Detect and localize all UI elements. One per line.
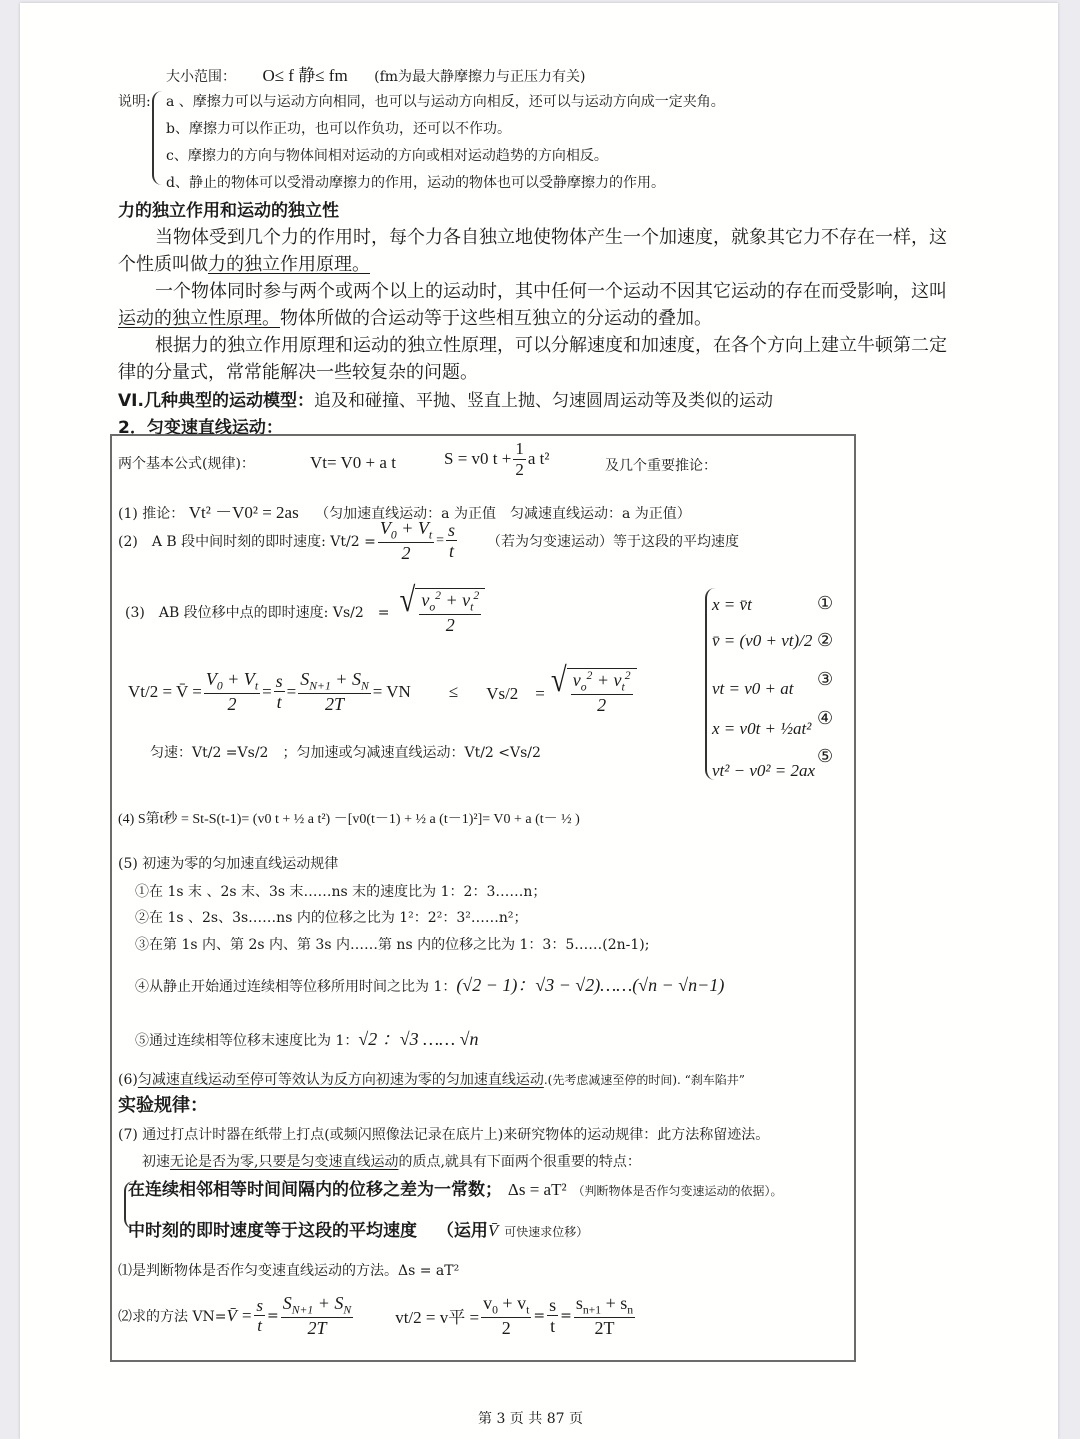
formula-part: a t² (528, 449, 550, 469)
item-5-rule-5: ⑤通过连续相等位移末速度比为 1：√2 ：√3 …… √n (135, 1025, 479, 1051)
paragraph-text: 个性质叫做 (118, 254, 208, 275)
comparison-lhs: Vt/2 = V̄ = (128, 682, 202, 702)
feature-2: 中时刻的即时速度等于这段的平均速度 （运用V̄ 可快速求位移） (128, 1216, 588, 1241)
item-5-rule-4: ④从静止开始通过连续相等位移所用时间之比为 1：(√2 − 1)：√3 − √2… (135, 971, 724, 997)
system-eq-4: x = v0t + ½at² (712, 719, 811, 739)
document-page: 大小范围： O≤ f 静≤ fm (fm为最大静摩擦力与正压力有关) 说明: a… (20, 3, 1058, 1439)
rule-text: ⑤通过连续相等位移末速度比为 1： (135, 1033, 358, 1049)
paragraph-text: 物体所做的合运动等于这些相互独立的分运动的叠加。 (280, 308, 712, 329)
feature-2-note: 可快速求位移） (504, 1225, 588, 1239)
models-heading: VI.几种典型的运动模型： (118, 391, 314, 411)
item-2-note: （若为匀变速运动）等于这段的平均速度 (487, 531, 739, 551)
basic-formulas-tail: 及几个重要推论： (605, 455, 717, 475)
fraction: SN+1 + SN2T (281, 1293, 353, 1339)
feature-1-note: （判断物体是否作匀变速运动的依据）。 (573, 1184, 783, 1198)
system-num-5: ⑤ (817, 746, 833, 767)
method-2: ⑵求的方法 VN= V̄ = st= SN+1 + SN2T vt/2 = v平… (118, 1293, 637, 1339)
term-force-independence: 力的独立作用原理。 (208, 254, 370, 275)
feature-1: 在连续相邻相等时间间隔内的位移之差为一常数； Δs = aT² （判断物体是否作… (128, 1175, 783, 1200)
item-7: (7) 通过打点计时器在纸带上打点(或频闪照像法记录在底片上)来研究物体的运动规… (118, 1124, 769, 1144)
models-text: 追及和碰撞、平抛、竖直上抛、匀速圆周运动等及类似的运动 (314, 391, 773, 411)
basic-formula-velocity: Vt= V0 + a t (310, 453, 396, 473)
friction-note-d: d、静止的物体可以受滑动摩擦力的作用，运动的物体也可以受静摩擦力的作用。 (166, 172, 665, 192)
fraction-half: 12 (513, 439, 526, 479)
paragraph-3-line-2: 律的分量式，常常能解决一些较复杂的问题。 (118, 358, 478, 384)
item-5-rule-1: ①在 1s 末 、2s 末、3s 末……ns 末的速度比为 1：2：3……n； (135, 881, 546, 901)
item-6-underlined: 匀减速直线运动至停可等效认为反方向初速为零的匀加速直线运动 (138, 1072, 544, 1088)
friction-note-a: a 、摩擦力可以与运动方向相同，也可以与运动方向相反，还可以与运动方向成一定夹角… (166, 91, 725, 111)
feature-1-formula: Δs = aT² (508, 1180, 567, 1199)
item-5-title: (5) 初速为零的匀加速直线运动规律 (118, 853, 338, 873)
fraction-s-over-t: st (446, 520, 457, 562)
rule-math: √2 ：√3 …… √n (358, 1029, 478, 1049)
system-eq-3: vt = v0 + at (712, 679, 793, 699)
fraction: st (547, 1295, 558, 1337)
item-6-note: .(先考虑减速至停的时间). “刹车陷井” (544, 1073, 745, 1087)
system-eq-1: x = v̄t (712, 595, 752, 615)
feature-2-tail: （运用 (437, 1221, 488, 1241)
uniform-note: 匀速：Vt/2 =Vs/2 ；匀加速或匀减速直线运动：Vt/2 <Vs/2 (150, 742, 541, 762)
system-num-2: ② (817, 630, 833, 651)
item-7-continued: 初速无论是否为零,只要是匀变速直线运动的质点,就具有下面两个很重要的特点： (142, 1151, 641, 1171)
friction-notes-label: 说明: (118, 91, 151, 111)
sqrt-mean-square-velocity: √vo2 + vt22 (551, 668, 637, 716)
rule-text: ④从静止开始通过连续相等位移所用时间之比为 1： (135, 979, 456, 995)
friction-note-c: c、摩擦力的方向与物体间相对运动的方向或相对运动趋势的方向相反。 (166, 145, 608, 165)
sqrt-mean-square-velocity: √vo2 + vt22 (400, 588, 486, 636)
item-6-label: (6) (118, 1072, 138, 1088)
feature-2-text: 中时刻的即时速度等于这段的平均速度 (128, 1221, 417, 1241)
paragraph-1-line-1: 当物体受到几个力的作用时，每个力各自独立地使物体产生一个加速度，就象其它力不存在… (155, 223, 947, 249)
term-motion-independence: 运动的独立性原理。 (118, 308, 280, 329)
paragraph-1-line-2: 个性质叫做力的独立作用原理。 (118, 250, 370, 276)
basic-formulas-label: 两个基本公式(规律)： (118, 453, 255, 473)
paragraph-2-line-1: 一个物体同时参与两个或两个以上的运动时，其中任何一个运动不因其它运动的存在而受影… (155, 277, 947, 303)
fraction: SN+1 + SN2T (298, 669, 370, 715)
models-line: VI.几种典型的运动模型：追及和碰撞、平抛、竖直上抛、匀速圆周运动等及类似的运动 (118, 386, 773, 411)
brace-icon (152, 91, 164, 185)
friction-note-b: b、摩擦力可以作正功，也可以作负功，还可以不作功。 (166, 118, 511, 138)
less-equal-sign: ≤ (449, 682, 458, 702)
friction-range-formula: O≤ f 静≤ fm (262, 66, 347, 85)
method-1: ⑴是判断物体是否作匀变速直线运动的方法。Δs = aT² (118, 1260, 459, 1280)
item-4: (4) S第t秒 = St-S(t-1)= (v0 t + ½ a t²) －[… (118, 808, 580, 828)
page-indicator: 第 3 页 共 87 页 (478, 1408, 583, 1428)
fraction: st (254, 1296, 265, 1336)
basic-formula-displacement: S = v0 t + 12 a t² (444, 439, 549, 479)
fraction: v0 + vt2 (481, 1293, 531, 1339)
underlined-text: 无论是否为零,只要是匀变速直线运动 (170, 1154, 398, 1170)
feature-1-text: 在连续相邻相等时间间隔内的位移之差为一常数； (128, 1180, 502, 1200)
system-eq-5: vt² − v0² = 2ax (712, 761, 815, 781)
item-2: (2) A B 段中间时刻的即时速度: Vt/2 = V0 + Vt2 = st… (118, 518, 739, 564)
comparison-vn: = VN (373, 682, 411, 702)
item-2-label: (2) A B 段中间时刻的即时速度: Vt/2 = (118, 531, 376, 551)
experiment-heading: 实验规律： (118, 1091, 208, 1117)
text: 的质点,就具有下面两个很重要的特点： (398, 1154, 640, 1170)
fraction: sn+1 + sn2T (574, 1293, 635, 1339)
paragraph-3-line-1: 根据力的独立作用原理和运动的独立性原理，可以分解速度和加速度，在各个方向上建立牛… (155, 331, 947, 357)
fraction: V0 + Vt2 (204, 669, 260, 715)
friction-range-note: (fm为最大静摩擦力与正压力有关) (374, 69, 585, 85)
item-5-rule-3: ③在第 1s 内、第 2s 内、第 3s 内……第 ns 内的位移之比为 1：3… (135, 934, 649, 954)
system-eq-2: v̄ = (v0 + vt)/2 (712, 631, 812, 651)
method-2-label: ⑵求的方法 VN= (118, 1306, 227, 1326)
system-num-3: ③ (817, 669, 833, 690)
item-5-rule-2: ②在 1s 、2s、3s……ns 内的位移之比为 1²：2²：3²……n²； (135, 907, 527, 927)
friction-range-label: 大小范围： (166, 69, 236, 85)
mean-velocity-symbol: V̄ (488, 1221, 498, 1240)
section-heading-independence: 力的独立作用和运动的独立性 (118, 196, 339, 221)
item-6: (6)匀减速直线运动至停可等效认为反方向初速为零的匀加速直线运动.(先考虑减速至… (118, 1069, 745, 1089)
fraction: st (274, 671, 285, 713)
rule-math: (√2 − 1)：√3 − √2)……(√n − √n−1) (456, 975, 724, 995)
velocity-comparison: Vt/2 = V̄ = V0 + Vt2= st= SN+1 + SN2T = … (128, 668, 637, 716)
comparison-rhs: Vs/2 = (486, 679, 545, 704)
fraction-v0-plus-vt-over-2: V0 + Vt2 (378, 518, 434, 564)
mean-velocity-symbol: V̄ = (227, 1306, 253, 1326)
system-num-1: ① (817, 593, 833, 614)
formula-part: S = v0 t + (444, 449, 511, 469)
paragraph-2-line-2: 运动的独立性原理。物体所做的合运动等于这些相互独立的分运动的叠加。 (118, 304, 712, 330)
text: 初速 (142, 1154, 170, 1170)
item-3: (3) AB 段位移中点的即时速度: Vs/2 = √vo2 + vt22 (125, 588, 485, 636)
item-3-label: (3) AB 段位移中点的即时速度: Vs/2 = (125, 602, 390, 622)
friction-range-line: 大小范围： O≤ f 静≤ fm (fm为最大静摩擦力与正压力有关) (166, 61, 586, 86)
system-num-4: ④ (817, 708, 833, 729)
method-2-vt2: vt/2 = v平 = (395, 1303, 479, 1328)
